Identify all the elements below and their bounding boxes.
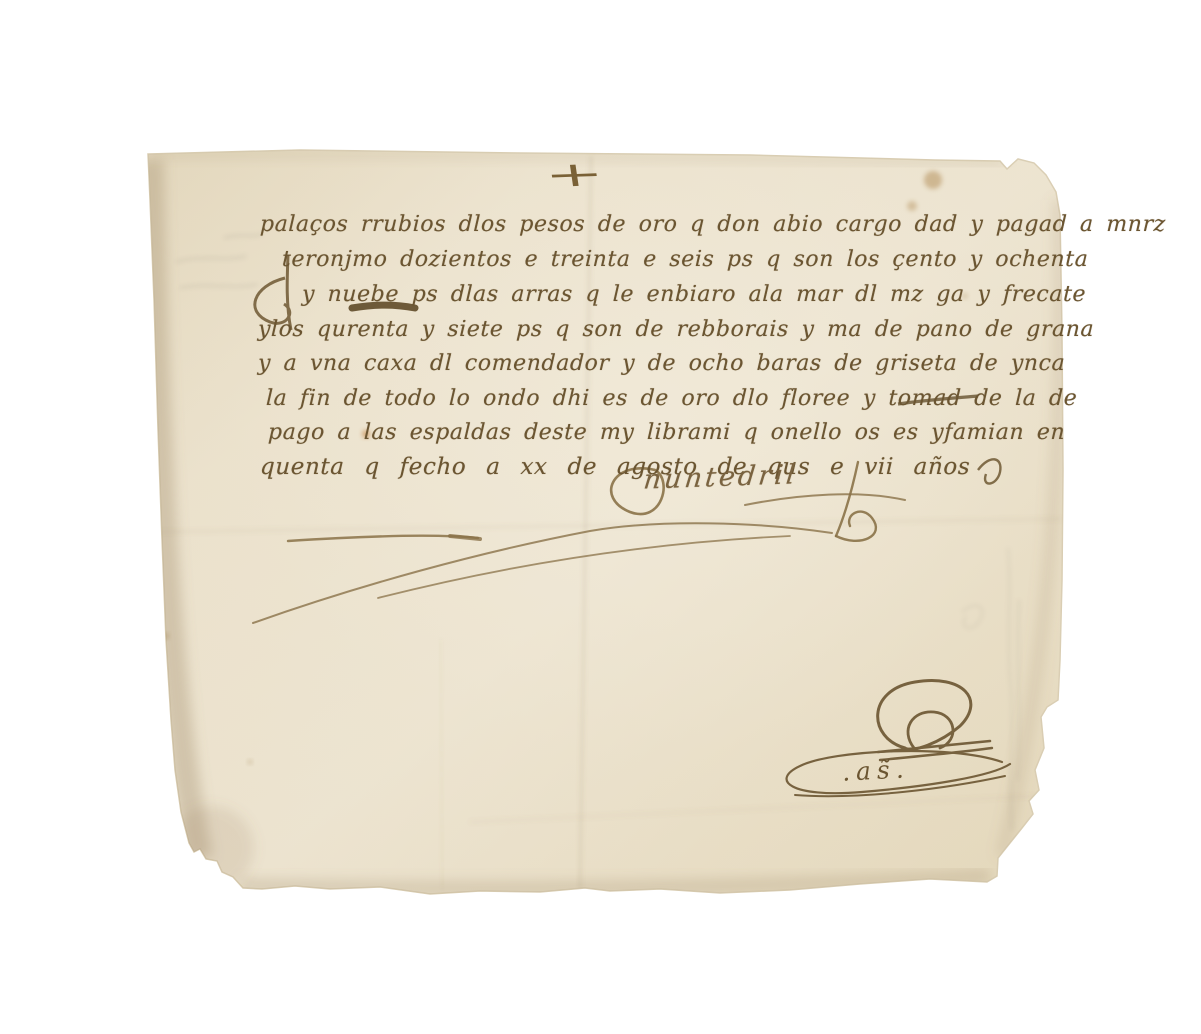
rubric-text: .as̃. [841,754,910,787]
manuscript-line-6: la fin de todo lo ondo dhi es de oro dlo… [266,386,1078,411]
manuscript-line-8: quenta q fecho a xx de agosto de qus e v… [260,454,971,480]
stain [163,633,169,639]
signature: nuntedril [642,459,799,495]
manuscript-line-2: teronjmo dozientos e treinta e seis ps q… [282,247,1089,272]
manuscript-line-4: ylos qurenta y siete ps q son de rebbora… [258,317,1095,342]
stain [907,201,917,211]
manuscript-line-1: palaços rrubios dlos pesos de oro q don … [260,212,1167,237]
invocation-cross: + [541,154,607,196]
manuscript-line-7: pago a las espaldas deste my librami q o… [268,420,1066,445]
stain [924,171,942,189]
manuscript-line-5: y a vna caxa dl comendador y de ocho bar… [258,351,1066,376]
stain [248,760,253,765]
document-photo: + palaços rrubios dlos pesos de oro q do… [0,0,1201,1034]
manuscript-line-3: y nuebe ps dlas arras q le enbiaro ala m… [302,282,1087,307]
